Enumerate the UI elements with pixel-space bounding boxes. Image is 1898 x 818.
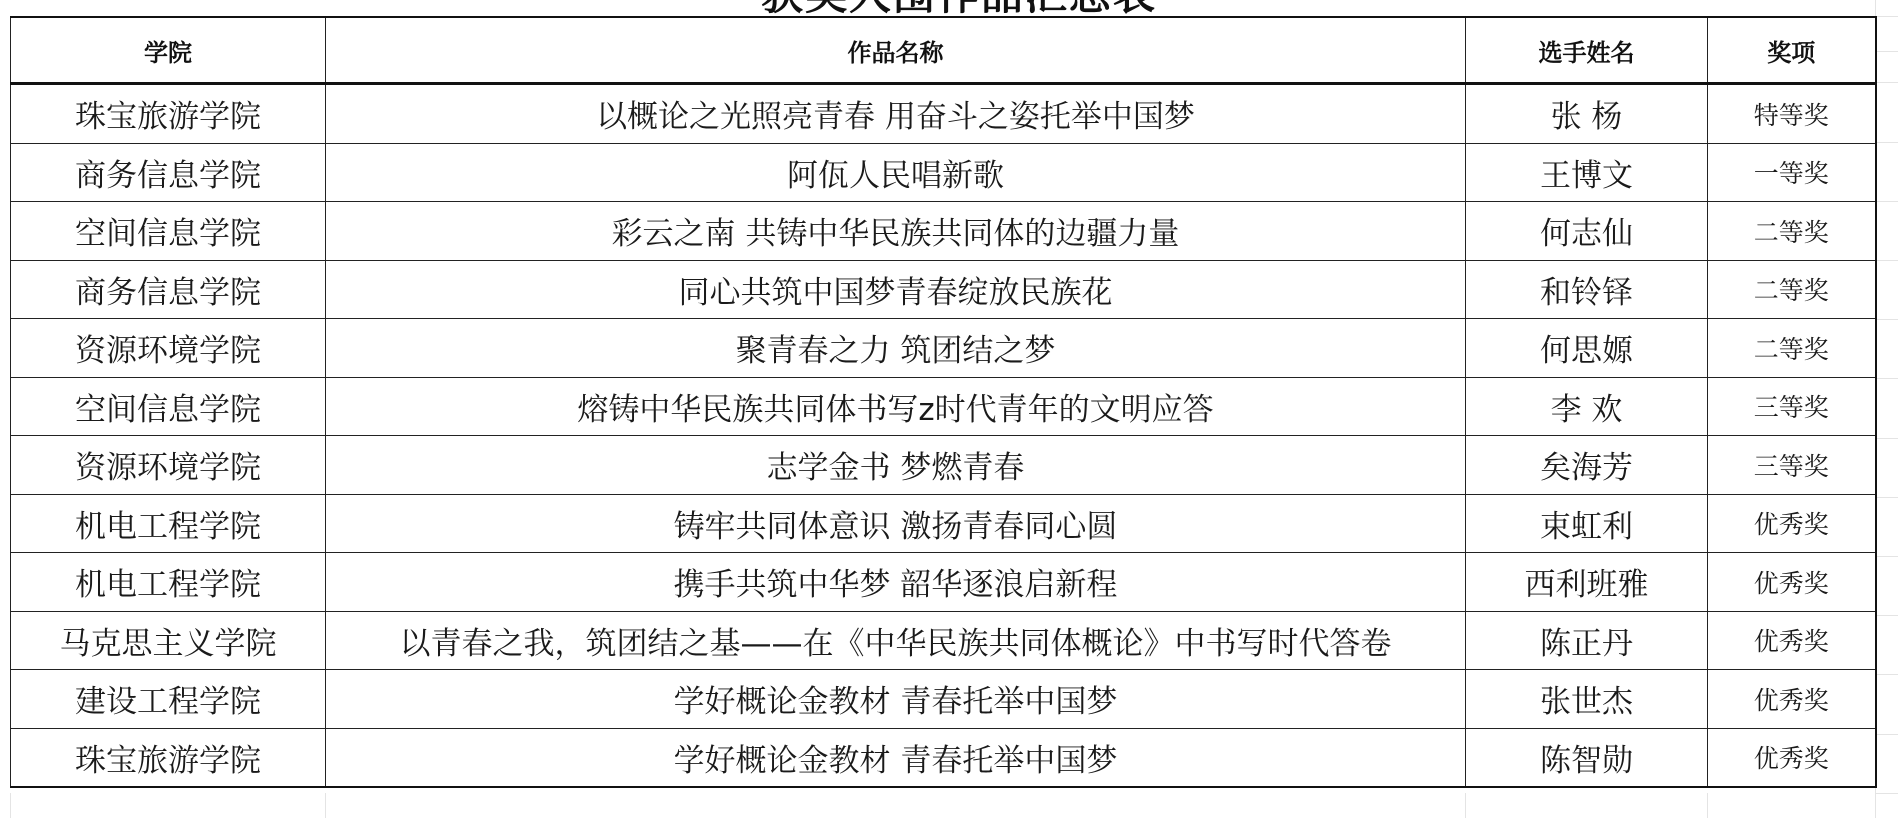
cell-award[interactable]: 优秀奖 — [1708, 611, 1876, 670]
cell-work-title[interactable]: 熔铸中华民族共同体书写z时代青年的文明应答 — [326, 377, 1466, 436]
cell-college[interactable]: 商务信息学院 — [11, 260, 326, 319]
table-row: 资源环境学院 志学金书 梦燃青春 矣海芳 三等奖 — [11, 436, 1876, 495]
cell-contestant[interactable]: 矣海芳 — [1466, 436, 1708, 495]
gridline — [1875, 674, 1898, 675]
cell-award[interactable]: 二等奖 — [1708, 260, 1876, 319]
cell-college[interactable]: 建设工程学院 — [11, 670, 326, 729]
cell-award[interactable]: 优秀奖 — [1708, 553, 1876, 612]
cell-award[interactable]: 特等奖 — [1708, 84, 1876, 144]
cell-work-title[interactable]: 学好概论金教材 青春托举中国梦 — [326, 670, 1466, 729]
table-header-row: 学院 作品名称 选手姓名 奖项 — [11, 17, 1876, 84]
gridline — [1875, 556, 1898, 557]
table-row: 珠宝旅游学院 以概论之光照亮青春 用奋斗之姿托举中国梦 张 杨 特等奖 — [11, 84, 1876, 144]
cell-contestant[interactable]: 王博文 — [1466, 143, 1708, 202]
cell-college[interactable]: 马克思主义学院 — [11, 611, 326, 670]
cell-work-title[interactable]: 以青春之我，筑团结之基——在《中华民族共同体概论》中书写时代答卷 — [326, 611, 1466, 670]
gridline — [10, 793, 11, 818]
cell-contestant[interactable]: 陈智勋 — [1466, 728, 1708, 787]
cell-work-title[interactable]: 铸牢共同体意识 激扬青春同心圆 — [326, 494, 1466, 553]
cell-contestant[interactable]: 何志仙 — [1466, 202, 1708, 261]
gridline — [1875, 615, 1898, 616]
gridline — [1875, 734, 1898, 735]
table-row: 机电工程学院 携手共筑中华梦 韶华逐浪启新程 西利班雅 优秀奖 — [11, 553, 1876, 612]
cell-work-title[interactable]: 聚青春之力 筑团结之梦 — [326, 319, 1466, 378]
cell-award[interactable]: 二等奖 — [1708, 319, 1876, 378]
cell-contestant[interactable]: 陈正丹 — [1466, 611, 1708, 670]
cell-work-title[interactable]: 志学金书 梦燃青春 — [326, 436, 1466, 495]
cell-contestant[interactable]: 何思嫄 — [1466, 319, 1708, 378]
cell-award[interactable]: 三等奖 — [1708, 436, 1876, 495]
table-row: 建设工程学院 学好概论金教材 青春托举中国梦 张世杰 优秀奖 — [11, 670, 1876, 729]
cell-award[interactable]: 优秀奖 — [1708, 728, 1876, 787]
awards-table: 学院 作品名称 选手姓名 奖项 珠宝旅游学院 以概论之光照亮青春 用奋斗之姿托举… — [10, 16, 1877, 788]
cell-contestant[interactable]: 和铃铎 — [1466, 260, 1708, 319]
table-row: 珠宝旅游学院 学好概论金教材 青春托举中国梦 陈智勋 优秀奖 — [11, 728, 1876, 787]
table-row: 商务信息学院 阿佤人民唱新歌 王博文 一等奖 — [11, 143, 1876, 202]
gridline — [1875, 319, 1898, 320]
cell-college[interactable]: 珠宝旅游学院 — [11, 728, 326, 787]
table-row: 资源环境学院 聚青春之力 筑团结之梦 何思嫄 二等奖 — [11, 319, 1876, 378]
cell-college[interactable]: 商务信息学院 — [11, 143, 326, 202]
cell-award[interactable]: 一等奖 — [1708, 143, 1876, 202]
gridline — [1875, 201, 1898, 202]
cell-award[interactable]: 优秀奖 — [1708, 494, 1876, 553]
cell-work-title[interactable]: 阿佤人民唱新歌 — [326, 143, 1466, 202]
gridline — [1707, 793, 1708, 818]
cell-college[interactable]: 资源环境学院 — [11, 319, 326, 378]
gridline — [325, 793, 326, 818]
cell-college[interactable]: 空间信息学院 — [11, 202, 326, 261]
column-header-work-title[interactable]: 作品名称 — [326, 17, 1466, 84]
column-header-college[interactable]: 学院 — [11, 17, 326, 84]
cell-contestant[interactable]: 束虹利 — [1466, 494, 1708, 553]
gridline — [1875, 142, 1898, 143]
cell-award[interactable]: 三等奖 — [1708, 377, 1876, 436]
document-title: 获奖人围作品汇总表 — [0, 0, 1898, 16]
cell-contestant[interactable]: 李 欢 — [1466, 377, 1708, 436]
cell-work-title[interactable]: 以概论之光照亮青春 用奋斗之姿托举中国梦 — [326, 84, 1466, 144]
column-header-contestant[interactable]: 选手姓名 — [1466, 17, 1708, 84]
table-row: 商务信息学院 同心共筑中国梦青春绽放民族花 和铃铎 二等奖 — [11, 260, 1876, 319]
gridline — [1875, 378, 1898, 379]
cell-college[interactable]: 资源环境学院 — [11, 436, 326, 495]
cell-college[interactable]: 空间信息学院 — [11, 377, 326, 436]
cell-award[interactable]: 二等奖 — [1708, 202, 1876, 261]
gridline — [1875, 497, 1898, 498]
table-row: 马克思主义学院 以青春之我，筑团结之基——在《中华民族共同体概论》中书写时代答卷… — [11, 611, 1876, 670]
cell-contestant[interactable]: 西利班雅 — [1466, 553, 1708, 612]
gridline — [1875, 793, 1898, 794]
cell-work-title[interactable]: 同心共筑中国梦青春绽放民族花 — [326, 260, 1466, 319]
gridline — [1875, 438, 1898, 439]
cell-college[interactable]: 机电工程学院 — [11, 553, 326, 612]
table-row: 空间信息学院 彩云之南 共铸中华民族共同体的边疆力量 何志仙 二等奖 — [11, 202, 1876, 261]
gridline — [1875, 82, 1898, 83]
cell-award[interactable]: 优秀奖 — [1708, 670, 1876, 729]
cell-contestant[interactable]: 张世杰 — [1466, 670, 1708, 729]
gridline — [1875, 51, 1898, 52]
gridline — [1875, 260, 1898, 261]
gridline — [1465, 793, 1466, 818]
cell-college[interactable]: 机电工程学院 — [11, 494, 326, 553]
column-header-award[interactable]: 奖项 — [1708, 17, 1876, 84]
cell-college[interactable]: 珠宝旅游学院 — [11, 84, 326, 144]
cell-contestant[interactable]: 张 杨 — [1466, 84, 1708, 144]
cell-work-title[interactable]: 学好概论金教材 青春托举中国梦 — [326, 728, 1466, 787]
table-row: 机电工程学院 铸牢共同体意识 激扬青春同心圆 束虹利 优秀奖 — [11, 494, 1876, 553]
cell-work-title[interactable]: 彩云之南 共铸中华民族共同体的边疆力量 — [326, 202, 1466, 261]
table-row: 空间信息学院 熔铸中华民族共同体书写z时代青年的文明应答 李 欢 三等奖 — [11, 377, 1876, 436]
gridline — [1875, 16, 1898, 17]
cell-work-title[interactable]: 携手共筑中华梦 韶华逐浪启新程 — [326, 553, 1466, 612]
